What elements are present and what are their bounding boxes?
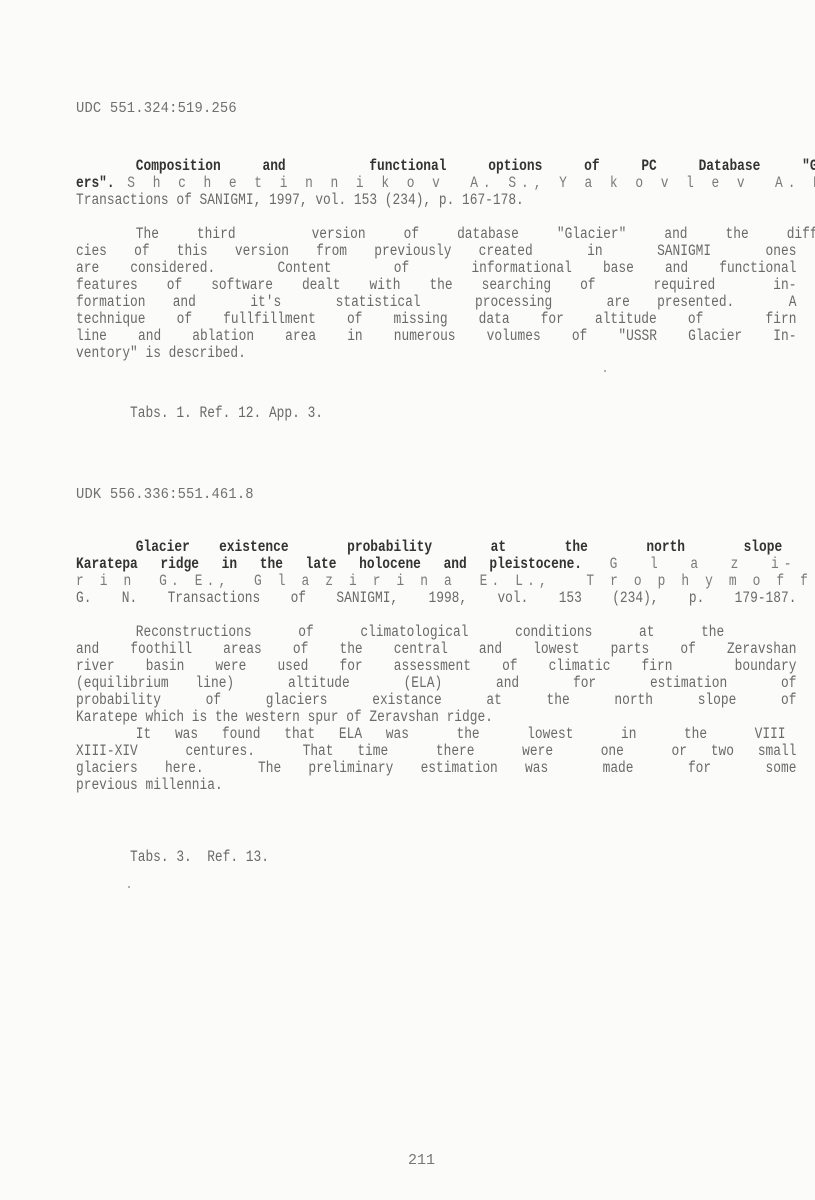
abstract-2: Glacier existence probability at the nor… (76, 539, 796, 794)
abstract-1: Composition and functional options of PC… (76, 158, 796, 362)
udc-code-1: UDC 551.324:519.256 (76, 100, 237, 117)
abstract-1-authors: S h c h e t i n n i k o v A. S., Y a k o… (115, 174, 815, 192)
abstract-2-body-line: (equilibrium line) altitude (ELA) and fo… (76, 675, 796, 692)
abstract-2-body-line: glaciers here. The preliminary estimatio… (76, 760, 796, 777)
abstract-2-authors-start: G l a z i- (582, 555, 796, 573)
udc-code-2: UDK 556.336:551.461.8 (76, 486, 254, 503)
abstract-2-body-line: probability of glaciers existance at the… (76, 692, 796, 709)
scan-speck (128, 886, 130, 888)
abstract-2-body-line: It was found that ELA was the lowest in … (76, 726, 815, 743)
scan-speck (604, 370, 606, 372)
abstract-1-body-line: ventory" is described. (76, 345, 796, 362)
page-number: 211 (408, 1152, 435, 1169)
abstract-1-body-line: cies of this version from previously cre… (76, 243, 796, 260)
abstract-2-title-end: Karatepa ridge in the late holocene and … (76, 555, 582, 573)
abstract-1-refs: Tabs. 1. Ref. 12. App. 3. (130, 404, 323, 422)
abstract-2-body-line: and foothill areas of the central and lo… (76, 641, 796, 658)
abstract-1-authors-line: ers". S h c h e t i n n i k o v A. S., Y… (76, 175, 796, 192)
abstract-2-body-line: Karatepe which is the western spur of Ze… (76, 709, 796, 726)
abstract-2-body-line: XIII-XIV centures. That time there were … (76, 743, 796, 760)
abstract-1-title-end: ers". (76, 174, 115, 192)
abstract-2-authors: r i n G. E., G l a z i r i n a E. L., T … (76, 573, 796, 590)
abstract-1-body-line: line and ablation area in numerous volum… (76, 328, 796, 345)
abstract-2-refs: Tabs. 3. Ref. 13. (130, 848, 269, 866)
document-page: UDC 551.324:519.256 Composition and func… (0, 0, 815, 1200)
abstract-1-body-line: The third version of database "Glacier" … (76, 226, 815, 243)
abstract-1-body-line: technique of fullfillment of missing dat… (76, 311, 796, 328)
abstract-2-title: Glacier existence probability at the nor… (76, 539, 815, 556)
abstract-1-body-line: are considered. Content of informational… (76, 260, 796, 277)
abstract-2-citation: G. N. Transactions of SANIGMI, 1998, vol… (76, 590, 796, 607)
abstract-2-body-line: river basin were used for assessment of … (76, 658, 796, 675)
abstract-1-body-line: features of software dealt with the sear… (76, 277, 796, 294)
abstract-1-title: Composition and functional options of PC… (76, 158, 815, 175)
abstract-2-body-line: previous millennia. (76, 777, 796, 794)
abstract-1-citation: Transactions of SANIGMI, 1997, vol. 153 … (76, 192, 796, 209)
abstract-2-body-line: Reconstructions of climatological condit… (76, 624, 815, 641)
abstract-2-title-line-2: Karatepa ridge in the late holocene and … (76, 556, 796, 573)
abstract-1-body-line: formation and it's statistical processin… (76, 294, 796, 311)
